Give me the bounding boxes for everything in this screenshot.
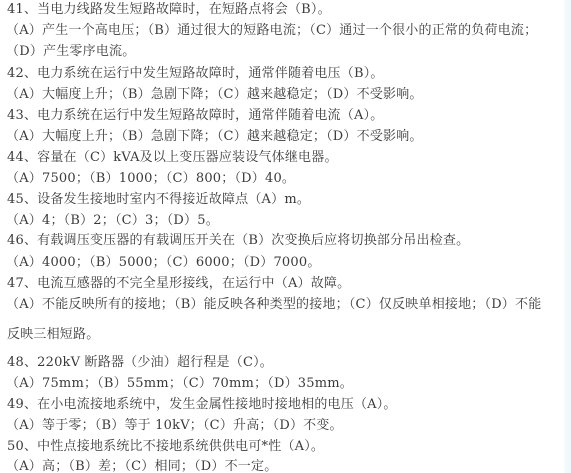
question-41: 41、当电力线路发生短路故障时，在短路点将会（B）。 (7, 2, 331, 18)
question-42-options: （A）大幅度上升；（B）急剧下降；（C）越来越稳定；（D）不受影响。 (6, 87, 423, 103)
question-48: 48、220kV 断路器（少油）超行程是（C）。 (7, 355, 273, 371)
question-48-options: （A）75mm；（B）55mm；（C）70mm；（D）35mm。 (6, 376, 353, 392)
question-47-options-cont: 反映三相短路。 (7, 327, 99, 343)
question-44: 44、容量在（C）kVA及以上变压器应装设气体继电器。 (7, 150, 338, 166)
question-49: 49、在小电流接地系统中，发生金属性接地时接地相的电压（A）。 (7, 397, 397, 413)
question-45: 45、设备发生接地时室内不得接近故障点（A）m。 (7, 192, 310, 208)
question-41-options-cont: （D）产生零序电流。 (6, 44, 135, 60)
question-46: 46、有载调压变压器的有载调压开关在（B）次变换后应将切换部分吊出检查。 (7, 233, 469, 249)
question-43: 43、电力系统在运行中发生短路故障时，通常伴随着电流（A）。 (7, 108, 383, 124)
question-45-options: （A）4；（B）2；（C）3；（D）5。 (6, 213, 219, 229)
question-44-options: （A）7500；（B）1000；（C）800；（D）40。 (6, 171, 295, 187)
question-46-options: （A）4000；（B）5000；（C）6000；（D）7000。 (6, 255, 321, 271)
question-50: 50、中性点接地系统比不接地系统供供电可*性（A）。 (7, 439, 324, 455)
question-47-options: （A）不能反映所有的接地；（B）能反映各种类型的接地；（C）仅反映单相接地；（D… (6, 297, 541, 313)
question-49-options: （A）等于零；（B）等于 10kV；（C）升高；（D）不变。 (6, 418, 343, 434)
question-42: 42、电力系统在运行中发生短路故障时，通常伴随着电压（B）。 (7, 66, 384, 82)
page-edge (564, 0, 571, 473)
question-50-options: （A）高；（B）差；（C）相同；（D）不一定。 (6, 459, 277, 473)
question-43-options: （A）大幅度上升；（B）急剧下降；（C）越来越稳定；（D）不受影响。 (6, 129, 423, 145)
question-41-options: （A）产生一个高电压；（B）通过很大的短路电流；（C）通过一个很小的正常的负荷电… (6, 23, 537, 39)
question-47: 47、电流互感器的不完全星形接线，在运行中（A）故障。 (7, 276, 350, 292)
